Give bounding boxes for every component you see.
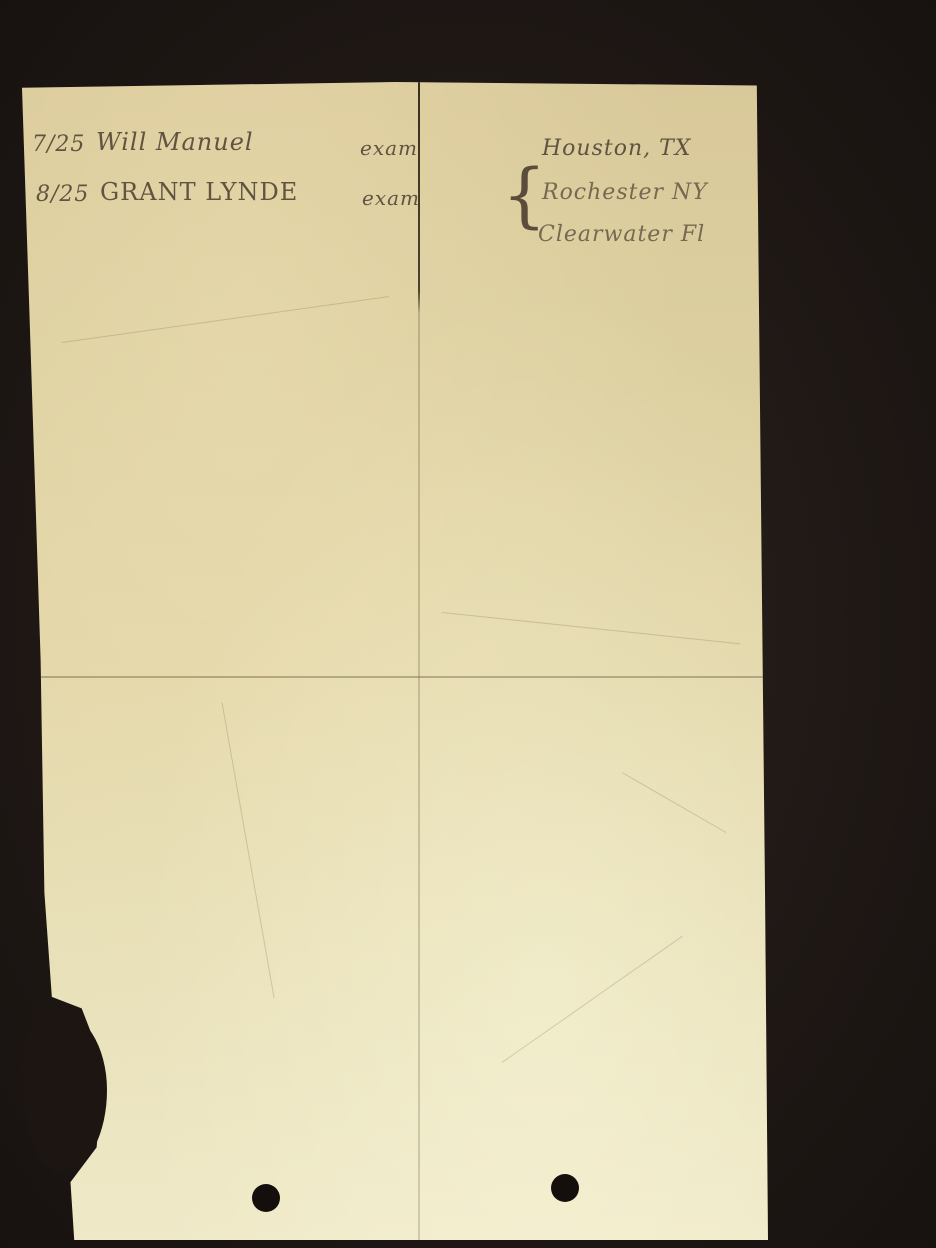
handwritten-location-2a: Rochester NY xyxy=(542,180,708,205)
paper-crease xyxy=(442,612,740,644)
paper-crease xyxy=(622,772,726,833)
punch-hole-left xyxy=(252,1184,280,1212)
vertical-fold-crease xyxy=(418,82,420,1240)
handwritten-location-2b: Clearwater Fl xyxy=(538,222,705,247)
paper-crease xyxy=(502,936,683,1063)
handwritten-name-2: GRANT LYNDE xyxy=(100,178,298,206)
handwritten-brace: { xyxy=(502,160,547,230)
handwritten-note-2: exam xyxy=(362,186,420,210)
handwritten-name-1: Will Manuel xyxy=(96,128,254,156)
paper-crease xyxy=(222,702,275,998)
punch-hole-right xyxy=(551,1174,579,1202)
handwritten-location-1: Houston, TX xyxy=(542,136,691,161)
handwritten-date-1: 7/25 xyxy=(32,132,85,157)
paper-crease xyxy=(62,296,389,343)
aged-paper-sheet: 7/25 Will Manuel exam Houston, TX 8/25 G… xyxy=(22,82,768,1240)
horizontal-fold-crease xyxy=(22,676,768,678)
handwritten-date-2: 8/25 xyxy=(36,182,89,207)
handwritten-note-1: exam xyxy=(360,136,418,160)
